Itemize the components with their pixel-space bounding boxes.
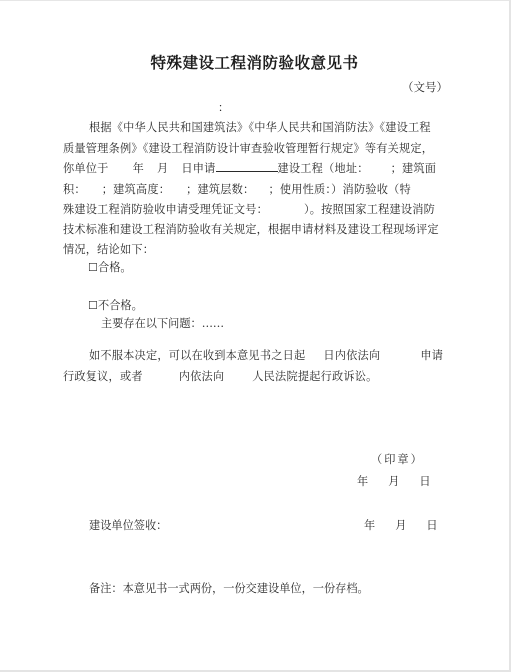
body-line-5: 殊建设工程消防验收申请受理凭证文号：）。按照国家工程建设消防 (63, 201, 435, 217)
footer-note: 备注：本意见书一式两份，一份交建设单位，一份存档。 (89, 580, 369, 596)
body-line-4: 积：；建筑高度：；建筑层数：；使用性质：）消防验收（特 (63, 181, 411, 197)
text: 人民法院提起行政诉讼。 (252, 370, 377, 383)
date-day: 日 (426, 519, 437, 532)
body-line-7: 情况，结论如下： (63, 241, 154, 257)
text: 行政复议，或者 (63, 370, 143, 383)
appeal-line-1: 如不服本决定，可以在收到本意见书之日起日内依法向申请 (89, 347, 443, 363)
checkbox-pass[interactable]: ☐ (88, 261, 98, 274)
text: 日申请 (181, 162, 215, 175)
text: ；建筑层数： (186, 183, 254, 196)
date-year: 年 (364, 519, 375, 532)
document-number: （文号） (402, 79, 448, 95)
project-name-blank (216, 160, 278, 172)
text: ；建筑面 (391, 162, 437, 175)
text: 内依法向 (179, 370, 225, 383)
text: ）消防验收（特 (331, 183, 411, 196)
date-year: 年 (357, 475, 368, 488)
pass-label: 合格。 (98, 261, 132, 274)
issues-text: 主要存在以下问题：…… (101, 315, 224, 331)
text: ）。按照国家工程建设消防 (304, 203, 435, 216)
text: 如不服本决定，可以在收到本意见书之日起 (89, 349, 305, 362)
text: 月 (157, 162, 168, 175)
body-line-3: 你单位于年月日申请建设工程（地址：；建筑面 (63, 160, 436, 176)
text: 年 (133, 162, 144, 175)
unit-sign-label: 建设单位签收： (89, 517, 167, 533)
body-line-2: 质量管理条例》《建设工程消防设计审查验收管理暂行规定》等有关规定， (63, 140, 433, 156)
body-line-1: 根据《中华人民共和国建筑法》《中华人民共和国消防法》《建设工程 (89, 119, 431, 135)
text: 殊建设工程消防验收申请受理凭证文号： (63, 203, 268, 216)
seal-label: （印章） (371, 451, 424, 467)
text: 积： (63, 183, 86, 196)
date-day: 日 (419, 475, 430, 488)
text: 日内依法向 (323, 349, 380, 362)
text: ；建筑高度： (102, 183, 170, 196)
sign-date: 年月日 (364, 517, 438, 533)
checkbox-fail[interactable]: ☐ (88, 299, 98, 312)
date-month: 月 (395, 519, 406, 532)
body-line-6: 技术标准和建设工程消防验收有关规定，根据申请材料及建设工程现场评定 (63, 221, 439, 237)
text: 申请 (420, 349, 443, 362)
date-month: 月 (388, 475, 399, 488)
appeal-line-2: 行政复议，或者内依法向人民法院提起行政诉讼。 (63, 368, 378, 384)
text: ；使用性质： (268, 183, 331, 196)
document-page: 特殊建设工程消防验收意见书 （文号） ： 根据《中华人民共和国建筑法》《中华人民… (0, 0, 511, 672)
text: 你单位于 (63, 162, 109, 175)
fail-label: 不合格。 (98, 299, 143, 312)
conclusion-pass: ☐合格。 (88, 259, 132, 275)
issue-date: 年月日 (357, 473, 431, 489)
conclusion-fail: ☐不合格。 (88, 297, 143, 313)
document-title: 特殊建设工程消防验收意见书 (0, 51, 509, 73)
recipient-colon: ： (218, 99, 229, 115)
text: 建设工程（地址： (278, 162, 369, 175)
